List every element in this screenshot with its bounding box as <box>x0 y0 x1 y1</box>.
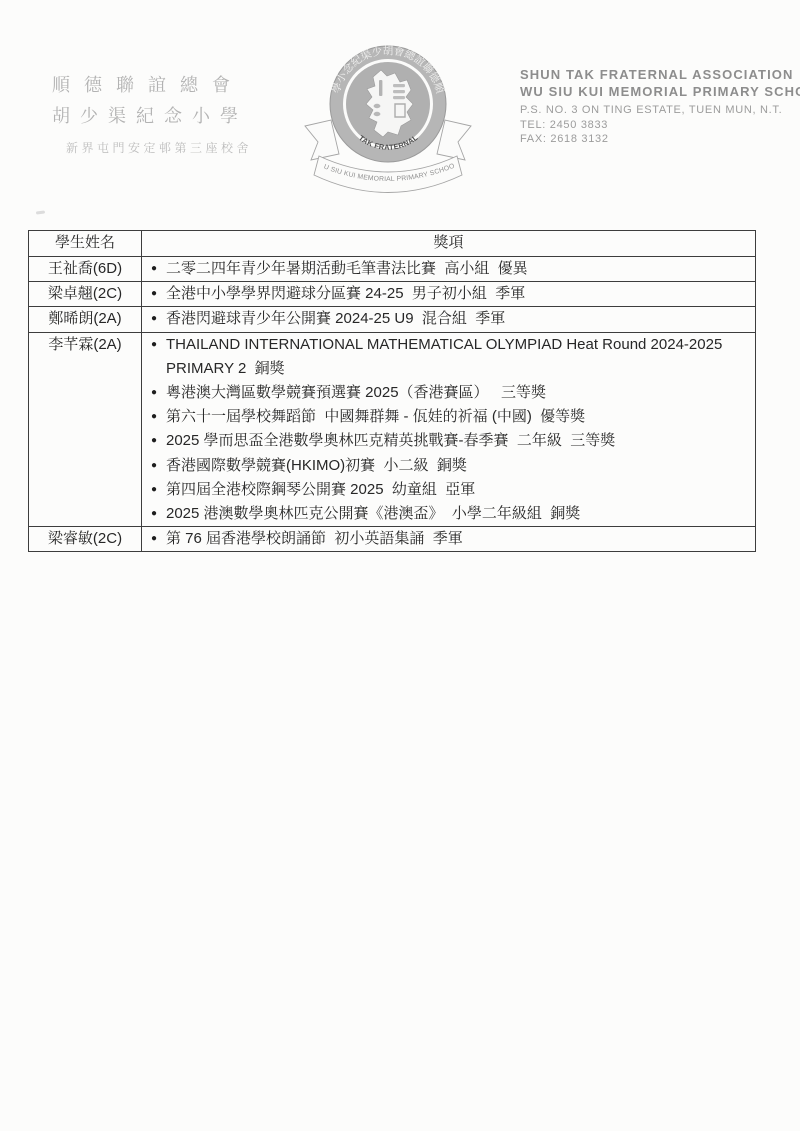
bullet-icon: ● <box>142 502 166 526</box>
student-name: 鄭晞朗(2A) <box>29 307 142 332</box>
award-item: ●第四屆全港校際鋼琴公開賽 2025 幼童組 亞軍 <box>142 478 755 502</box>
bullet-icon: ● <box>142 405 166 429</box>
school-name-english: SHUN TAK FRATERNAL ASSOCIATION WU SIU KU… <box>520 66 800 147</box>
award-text: 粵港澳大灣區數學競賽預選賽 2025（香港賽區） 三等獎 <box>166 381 755 405</box>
award-item: ●香港國際數學競賽(HKIMO)初賽 小二級 銅獎 <box>142 454 755 478</box>
award-item: ●THAILAND INTERNATIONAL MATHEMATICAL OLY… <box>142 333 755 381</box>
bullet-icon: ● <box>142 257 166 281</box>
bullet-icon: ● <box>142 381 166 405</box>
awards-cell: ●全港中小學學界閃避球分區賽 24-25 男子初小組 季軍 <box>142 282 756 307</box>
award-text: 第六十一屆學校舞蹈節 中國舞群舞 - 佤娃的祈福 (中國) 優等獎 <box>166 405 755 429</box>
table-row: 梁卓翹(2C)●全港中小學學界閃避球分區賽 24-25 男子初小組 季軍 <box>29 282 756 307</box>
school-name-cn-line1: 順德聯誼總會 <box>52 70 252 101</box>
award-text: 2025 港澳數學奧林匹克公開賽《港澳盃》 小學二年級組 銅獎 <box>166 502 755 526</box>
school-name-chinese: 順德聯誼總會 胡少渠紀念小學 新界屯門安定邨第三座校舍 <box>52 70 252 156</box>
awards-cell: ●二零二四年青少年暑期活動毛筆書法比賽 高小組 優異 <box>142 257 756 282</box>
student-name: 王祉喬(6D) <box>29 257 142 282</box>
award-item: ●2025 學而思盃全港數學奧林匹克精英挑戰賽-春季賽 二年級 三等獎 <box>142 429 755 453</box>
table-header-row: 學生姓名 獎項 <box>29 231 756 257</box>
table-row: 梁睿敏(2C)●第 76 屆香港學校朗誦節 初小英語集誦 季軍 <box>29 527 756 552</box>
bullet-icon: ● <box>142 478 166 502</box>
award-text: 第四屆全港校際鋼琴公開賽 2025 幼童組 亞軍 <box>166 478 755 502</box>
award-item: ●全港中小學學界閃避球分區賽 24-25 男子初小組 季軍 <box>142 282 755 306</box>
school-fax: FAX: 2618 3132 <box>520 132 800 147</box>
award-item: ●第 76 屆香港學校朗誦節 初小英語集誦 季軍 <box>142 527 755 551</box>
student-name: 李芊霖(2A) <box>29 332 142 527</box>
student-name: 梁卓翹(2C) <box>29 282 142 307</box>
table-row: 李芊霖(2A)●THAILAND INTERNATIONAL MATHEMATI… <box>29 332 756 527</box>
school-logo: 學小念紀渠少胡會總誼聯德順 SHUN TAK FRATERNAL ASSN WU… <box>303 42 473 198</box>
school-tel: TEL: 2450 3833 <box>520 118 800 133</box>
document-page: 順德聯誼總會 胡少渠紀念小學 新界屯門安定邨第三座校舍 <box>0 0 800 1131</box>
award-item: ●粵港澳大灣區數學競賽預選賽 2025（香港賽區） 三等獎 <box>142 381 755 405</box>
awards-cell: ●香港閃避球青少年公開賽 2024-25 U9 混合組 季軍 <box>142 307 756 332</box>
award-text: 第 76 屆香港學校朗誦節 初小英語集誦 季軍 <box>166 527 755 551</box>
award-item: ●第六十一屆學校舞蹈節 中國舞群舞 - 佤娃的祈福 (中國) 優等獎 <box>142 405 755 429</box>
award-text: 二零二四年青少年暑期活動毛筆書法比賽 高小組 優異 <box>166 257 755 281</box>
column-header-student-name: 學生姓名 <box>29 231 142 257</box>
award-item: ●香港閃避球青少年公開賽 2024-25 U9 混合組 季軍 <box>142 307 755 331</box>
column-header-awards: 獎項 <box>142 231 756 257</box>
award-text: THAILAND INTERNATIONAL MATHEMATICAL OLYM… <box>166 333 755 381</box>
awards-table-body: 王祉喬(6D)●二零二四年青少年暑期活動毛筆書法比賽 高小組 優異梁卓翹(2C)… <box>29 257 756 552</box>
school-name-en-line1: SHUN TAK FRATERNAL ASSOCIATION <box>520 66 800 83</box>
award-text: 香港閃避球青少年公開賽 2024-25 U9 混合組 季軍 <box>166 307 755 331</box>
school-name-en-line2: WU SIU KUI MEMORIAL PRIMARY SCHOOL <box>520 83 800 100</box>
school-seal-icon: 學小念紀渠少胡會總誼聯德順 SHUN TAK FRATERNAL ASSN WU… <box>303 42 473 198</box>
award-item: ●二零二四年青少年暑期活動毛筆書法比賽 高小組 優異 <box>142 257 755 281</box>
awards-cell: ●第 76 屆香港學校朗誦節 初小英語集誦 季軍 <box>142 527 756 552</box>
school-name-cn-line2: 胡少渠紀念小學 <box>52 101 252 132</box>
award-text: 香港國際數學競賽(HKIMO)初賽 小二級 銅獎 <box>166 454 755 478</box>
student-name: 梁睿敏(2C) <box>29 527 142 552</box>
award-item: ●2025 港澳數學奧林匹克公開賽《港澳盃》 小學二年級組 銅獎 <box>142 502 755 526</box>
award-text: 全港中小學學界閃避球分區賽 24-25 男子初小組 季軍 <box>166 282 755 306</box>
bullet-icon: ● <box>142 454 166 478</box>
table-row: 王祉喬(6D)●二零二四年青少年暑期活動毛筆書法比賽 高小組 優異 <box>29 257 756 282</box>
awards-cell: ●THAILAND INTERNATIONAL MATHEMATICAL OLY… <box>142 332 756 527</box>
school-address-en: P.S. NO. 3 ON TING ESTATE, TUEN MUN, N.T… <box>520 103 800 118</box>
table-row: 鄭晞朗(2A)●香港閃避球青少年公開賽 2024-25 U9 混合組 季軍 <box>29 307 756 332</box>
scan-artifact <box>36 210 45 214</box>
bullet-icon: ● <box>142 429 166 453</box>
school-address-cn: 新界屯門安定邨第三座校舍 <box>66 139 252 156</box>
bullet-icon: ● <box>142 333 166 381</box>
bullet-icon: ● <box>142 307 166 331</box>
bullet-icon: ● <box>142 527 166 551</box>
awards-table: 學生姓名 獎項 王祉喬(6D)●二零二四年青少年暑期活動毛筆書法比賽 高小組 優… <box>28 230 756 552</box>
bullet-icon: ● <box>142 282 166 306</box>
award-text: 2025 學而思盃全港數學奧林匹克精英挑戰賽-春季賽 二年級 三等獎 <box>166 429 755 453</box>
